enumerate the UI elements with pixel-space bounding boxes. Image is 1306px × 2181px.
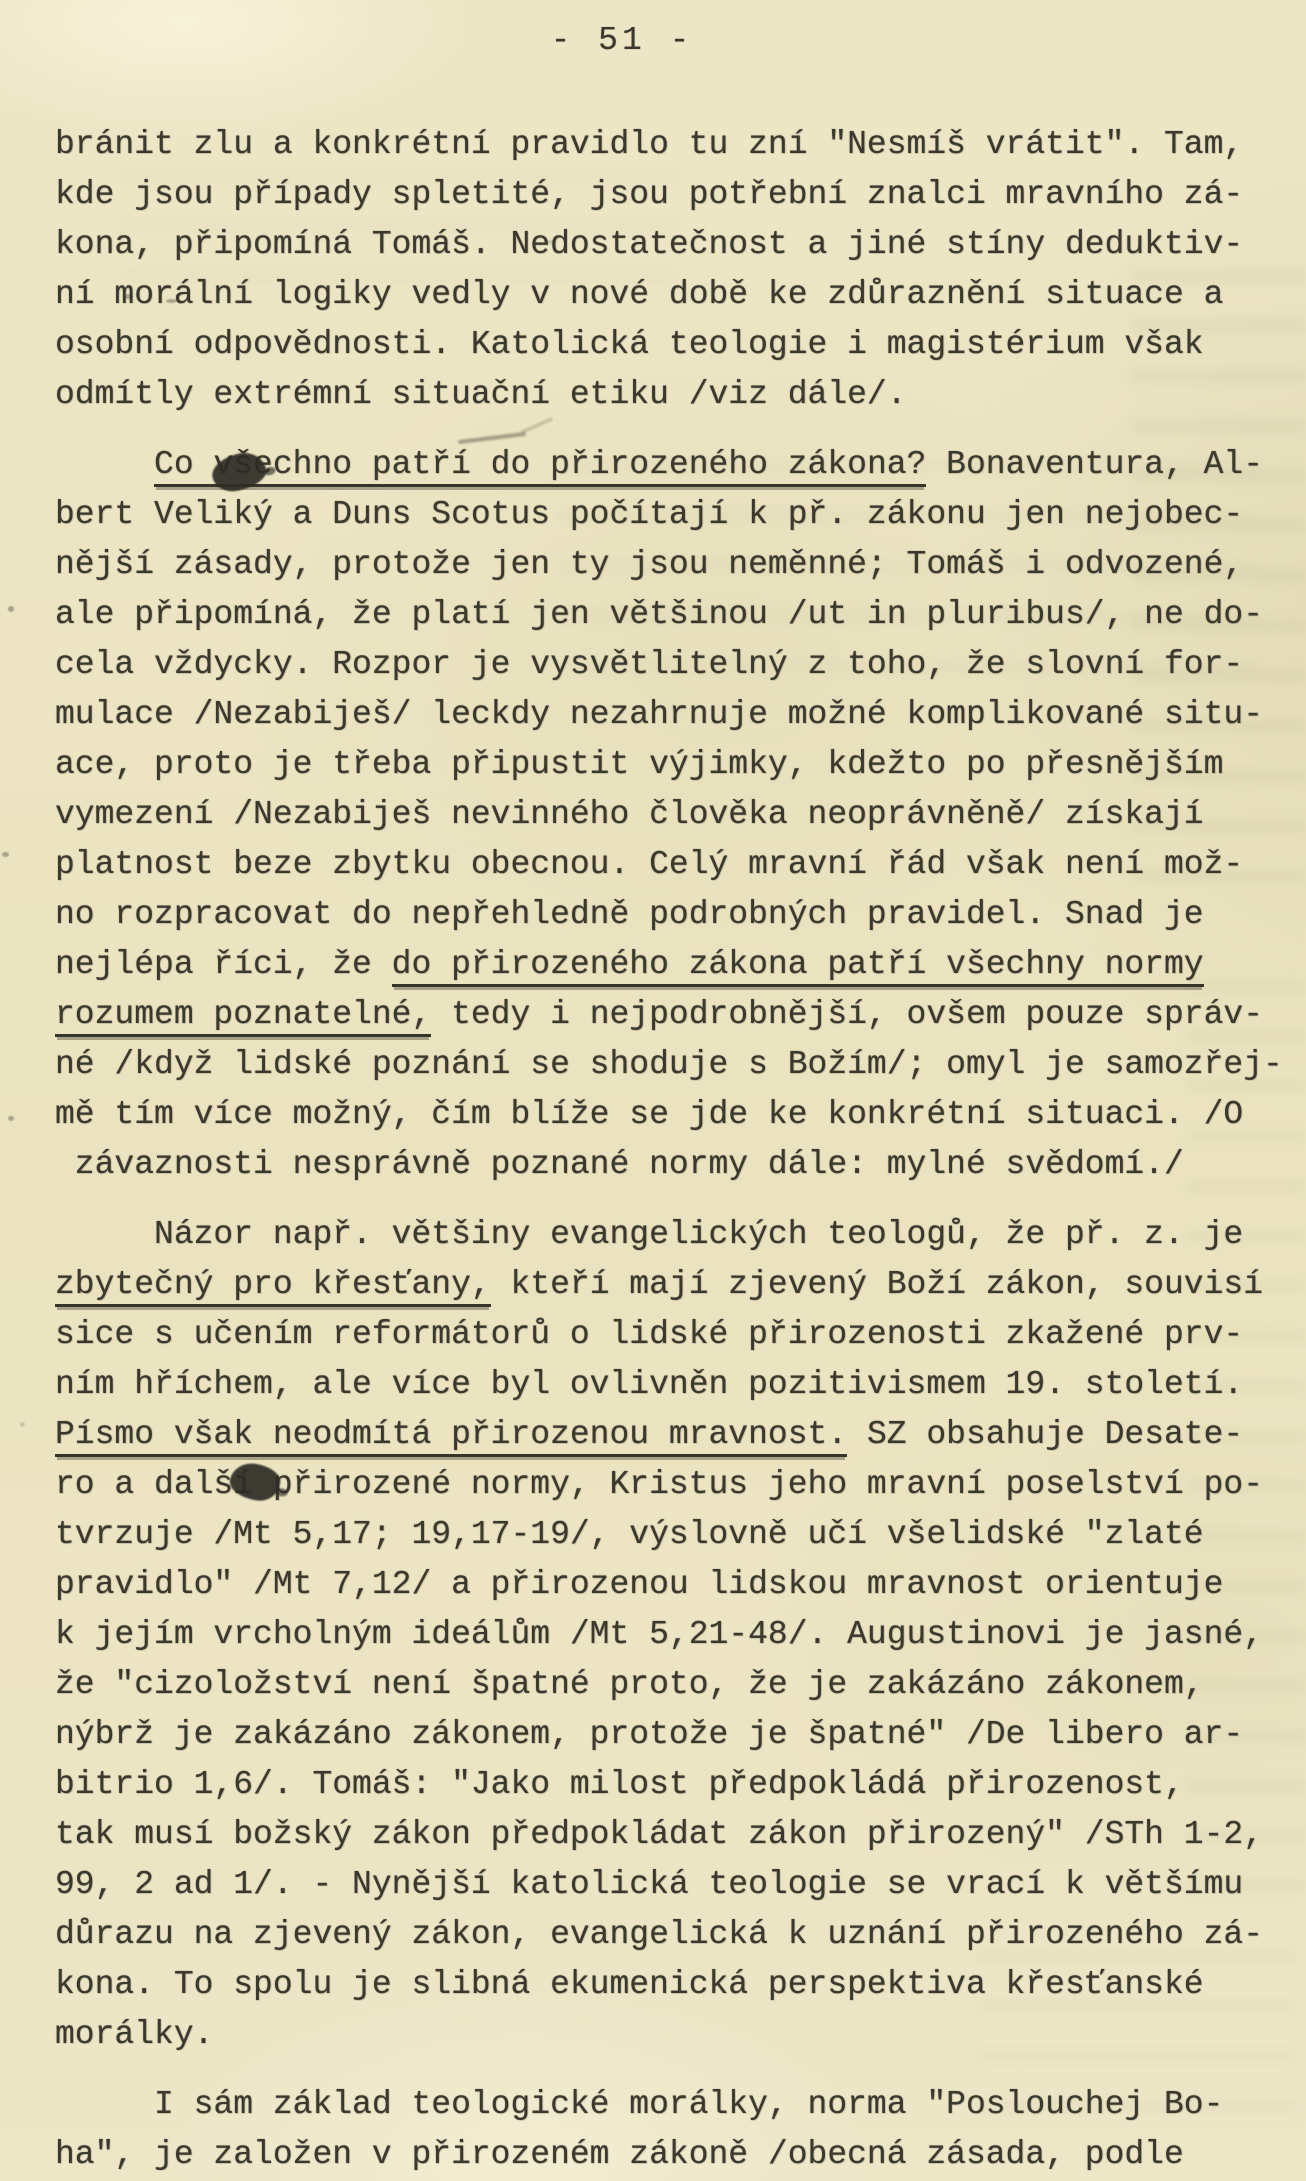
text-line: nýbrž je zakázáno zákonem, protože je šp… — [55, 1710, 1295, 1760]
paper-speck — [8, 1116, 14, 1121]
text-segment: vymezení /Nezabiješ nevinného člověka ne… — [55, 796, 1204, 833]
text-line: tvrzuje /Mt 5,17; 19,17-19/, výslovně uč… — [55, 1510, 1295, 1560]
text-segment: mě tím více možný, čím blíže se jde ke k… — [55, 1096, 1243, 1133]
text-segment: ní morální logiky vedly v nové době ke z… — [55, 276, 1223, 313]
text-segment: 99, 2 ad 1/. - Nynější katolická teologi… — [55, 1866, 1243, 1903]
text-line: mulace /Nezabiješ/ leckdy nezahrnuje mož… — [55, 690, 1295, 740]
text-line: né /když lidské poznání se shoduje s Bož… — [55, 1040, 1295, 1090]
paragraph: Co všechno patří do přirozeného zákona? … — [55, 440, 1295, 1190]
paragraph: I sám základ teologické morálky, norma "… — [55, 2080, 1295, 2180]
paper-speck — [20, 1422, 25, 1427]
text-line: ha", je založen v přirozeném zákoně /obe… — [55, 2130, 1295, 2180]
paper-speck — [124, 294, 133, 299]
underlined-text: do přirozeného zákona patří všechny norm… — [392, 946, 1204, 987]
text-line: nejlépa říci, že do přirozeného zákona p… — [55, 940, 1295, 990]
page-number: - 51 - — [0, 22, 1275, 59]
text-line: tak musí božský zákon předpokládat zákon… — [55, 1810, 1295, 1860]
text-segment: SZ obsahuje Desate- — [847, 1416, 1243, 1453]
paragraph: Názor např. většiny evangelických teolog… — [55, 1210, 1295, 2060]
paragraph: bránit zlu a konkrétní pravidlo tu zní "… — [55, 120, 1295, 420]
text-line: rozumem poznatelné, tedy i nejpodrobnějš… — [55, 990, 1295, 1040]
text-segment: bránit zlu a konkrétní pravidlo tu zní "… — [55, 126, 1243, 163]
text-segment: ha", je založen v přirozeném zákoně /obe… — [55, 2136, 1184, 2173]
text-segment: že "cizoložství není špatné proto, že je… — [55, 1666, 1204, 1703]
text-line: bránit zlu a konkrétní pravidlo tu zní "… — [55, 120, 1295, 170]
text-segment: nejlépa říci, že — [55, 946, 392, 983]
text-line: nější zásady, protože jen ty jsou neměnn… — [55, 540, 1295, 590]
text-segment: I sám základ teologické morálky, norma "… — [55, 2086, 1223, 2123]
text-segment: tedy i nejpodrobnější, ovšem pouze správ… — [431, 996, 1263, 1033]
text-segment: morálky. — [55, 2016, 213, 2053]
text-segment: k jejím vrcholným ideálům /Mt 5,21-48/. … — [55, 1616, 1263, 1653]
text-line: vymezení /Nezabiješ nevinného člověka ne… — [55, 790, 1295, 840]
text-segment: pravidlo" /Mt 7,12/ a přirozenou lidskou… — [55, 1566, 1223, 1603]
text-line: ace, proto je třeba připustit výjimky, k… — [55, 740, 1295, 790]
text-segment: důrazu na zjevený zákon, evangelická k u… — [55, 1916, 1263, 1953]
text-line: Názor např. většiny evangelických teolog… — [55, 1210, 1295, 1260]
text-segment: Názor např. většiny evangelických teolog… — [55, 1216, 1243, 1253]
underlined-text: Písmo však neodmítá přirozenou mravnost. — [55, 1416, 847, 1457]
text-line: 99, 2 ad 1/. - Nynější katolická teologi… — [55, 1860, 1295, 1910]
text-segment: tak musí božský zákon předpokládat zákon… — [55, 1816, 1263, 1853]
text-line: ale připomíná, že platí jen většinou /ut… — [55, 590, 1295, 640]
text-segment: osobní odpovědnosti. Katolická teologie … — [55, 326, 1204, 363]
text-line: závaznosti nesprávně poznané normy dále:… — [55, 1140, 1295, 1190]
text-segment: odmítly extrémní situační etiku /viz dál… — [55, 376, 907, 413]
paper-speck — [2, 852, 9, 857]
text-segment: ním hříchem, ale více byl ovlivněn pozit… — [55, 1366, 1243, 1403]
text-segment: závaznosti nesprávně poznané normy dále:… — [55, 1146, 1184, 1183]
text-segment: nější zásady, protože jen ty jsou neměnn… — [55, 546, 1243, 583]
text-line: odmítly extrémní situační etiku /viz dál… — [55, 370, 1295, 420]
text-line: no rozpracovat do nepřehledně podrobných… — [55, 890, 1295, 940]
text-segment: kona, připomíná Tomáš. Nedostatečnost a … — [55, 226, 1243, 263]
text-line: platnost beze zbytku obecnou. Celý mravn… — [55, 840, 1295, 890]
text-line: cela vždycky. Rozpor je vysvětlitelný z … — [55, 640, 1295, 690]
text-segment: kteří mají zjevený Boží zákon, souvisí — [491, 1266, 1263, 1303]
text-line: ním hříchem, ale více byl ovlivněn pozit… — [55, 1360, 1295, 1410]
text-line: osobní odpovědnosti. Katolická teologie … — [55, 320, 1295, 370]
text-segment: cela vždycky. Rozpor je vysvětlitelný z … — [55, 646, 1243, 683]
text-segment: no rozpracovat do nepřehledně podrobných… — [55, 896, 1204, 933]
document-body: bránit zlu a konkrétní pravidlo tu zní "… — [55, 120, 1295, 2180]
text-line: k jejím vrcholným ideálům /Mt 5,21-48/. … — [55, 1610, 1295, 1660]
text-segment: mulace /Nezabiješ/ leckdy nezahrnuje mož… — [55, 696, 1263, 733]
text-segment: bert Veliký a Duns Scotus počítají k př.… — [55, 496, 1243, 533]
text-line: I sám základ teologické morálky, norma "… — [55, 2080, 1295, 2130]
paper-speck — [8, 606, 14, 612]
text-line: morálky. — [55, 2010, 1295, 2060]
text-segment: bitrio 1,6/. Tomáš: "Jako milost předpok… — [55, 1766, 1184, 1803]
text-line: důrazu na zjevený zákon, evangelická k u… — [55, 1910, 1295, 1960]
text-segment: tvrzuje /Mt 5,17; 19,17-19/, výslovně uč… — [55, 1516, 1204, 1553]
text-line: Písmo však neodmítá přirozenou mravnost.… — [55, 1410, 1295, 1460]
paper-speck — [166, 299, 177, 303]
text-segment: ale připomíná, že platí jen většinou /ut… — [55, 596, 1263, 633]
text-line: sice s učením reformátorů o lidské přiro… — [55, 1310, 1295, 1360]
text-line: bitrio 1,6/. Tomáš: "Jako milost předpok… — [55, 1760, 1295, 1810]
text-segment — [55, 446, 154, 483]
text-segment: platnost beze zbytku obecnou. Celý mravn… — [55, 846, 1243, 883]
text-segment: nýbrž je zakázáno zákonem, protože je šp… — [55, 1716, 1243, 1753]
text-line: že "cizoložství není špatné proto, že je… — [55, 1660, 1295, 1710]
text-line: pravidlo" /Mt 7,12/ a přirozenou lidskou… — [55, 1560, 1295, 1610]
text-line: kona. To spolu je slibná ekumenická pers… — [55, 1960, 1295, 2010]
document-page: - 51 - bránit zlu a konkrétní pravidlo t… — [0, 0, 1306, 2181]
text-segment: Bonaventura, Al- — [926, 446, 1263, 483]
underlined-text: rozumem poznatelné, — [55, 996, 431, 1037]
text-line: zbytečný pro křesťany, kteří mají zjeven… — [55, 1260, 1295, 1310]
text-segment: kona. To spolu je slibná ekumenická pers… — [55, 1966, 1204, 2003]
text-line: mě tím více možný, čím blíže se jde ke k… — [55, 1090, 1295, 1140]
text-segment: sice s učením reformátorů o lidské přiro… — [55, 1316, 1243, 1353]
text-line: ní morální logiky vedly v nové době ke z… — [55, 270, 1295, 320]
underlined-text: zbytečný pro křesťany, — [55, 1266, 491, 1307]
text-segment: kde jsou případy spletité, jsou potřební… — [55, 176, 1243, 213]
text-line: kde jsou případy spletité, jsou potřební… — [55, 170, 1295, 220]
text-line: bert Veliký a Duns Scotus počítají k př.… — [55, 490, 1295, 540]
text-segment: né /když lidské poznání se shoduje s Bož… — [55, 1046, 1283, 1083]
text-segment: ace, proto je třeba připustit výjimky, k… — [55, 746, 1223, 783]
text-line: kona, připomíná Tomáš. Nedostatečnost a … — [55, 220, 1295, 270]
paper-speck — [548, 240, 554, 244]
